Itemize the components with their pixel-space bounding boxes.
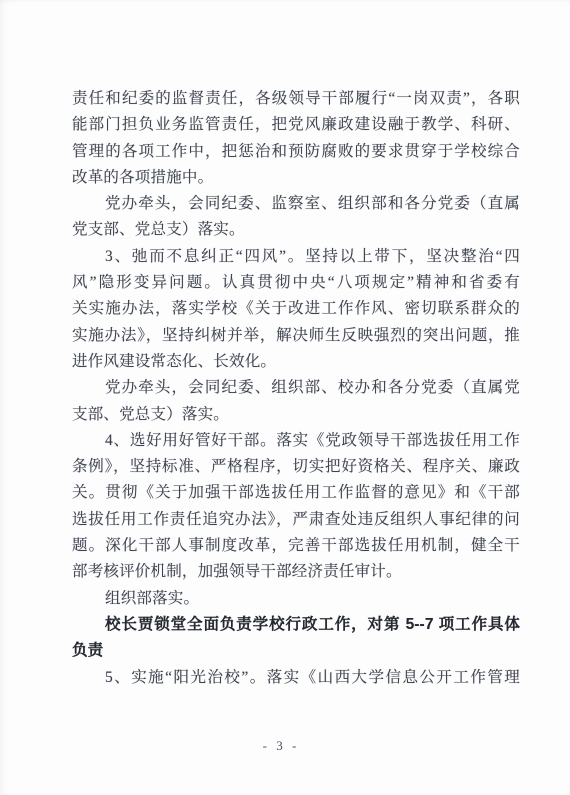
text-line: 党支部、党总支）落实。 — [72, 217, 520, 243]
text-line-bold: 负责 — [72, 638, 520, 664]
text-line: 党办牵头，会同纪委、监察室、组织部和各分党委（直属 — [72, 191, 520, 217]
text-line: 题。深化干部人事制度改革，完善干部选拔任用机制，健全干 — [72, 533, 520, 559]
text-line: 支部、党总支）落实。 — [72, 402, 520, 428]
text-line: 3、弛而不息纠正“四风”。坚持以上带下，坚决整治“四 — [72, 244, 520, 270]
text-line: 5、实施“阳光治校”。落实《山西大学信息公开工作管理 — [72, 665, 520, 691]
text-line: 改革的各项措施中。 — [72, 165, 520, 191]
text-line: 关。贯彻《关于加强干部选拔任用工作监督的意见》和《干部 — [72, 480, 520, 506]
text-line: 管理的各项工作中，把惩治和预防腐败的要求贯穿于学校综合 — [72, 139, 520, 165]
text-line: 条例》，坚持标准、严格程序，切实把好资格关、程序关、廉政 — [72, 454, 520, 480]
text-line-bold: 校长贾锁堂全面负责学校行政工作，对第 5--7 项工作具体 — [72, 612, 520, 638]
text-line: 选拔任用工作责任追究办法》，严肃查处违反组织人事纪律的问 — [72, 507, 520, 533]
text-line: 能部门担负业务监管责任，把党风廉政建设融于教学、科研、 — [72, 112, 520, 138]
document-text-block: 责任和纪委的监督责任，各级领导干部履行“一岗双责”，各职 能部门担负业务监管责任… — [72, 86, 520, 691]
text-line: 责任和纪委的监督责任，各级领导干部履行“一岗双责”，各职 — [72, 86, 520, 112]
text-line: 4、选好用好管好干部。落实《党政领导干部选拔任用工作 — [72, 428, 520, 454]
document-page: 责任和纪委的监督责任，各级领导干部履行“一岗双责”，各职 能部门担负业务监管责任… — [0, 0, 570, 795]
text-line: 实施办法》，坚持纠树并举，解决师生反映强烈的突出问题，推 — [72, 323, 520, 349]
text-line: 风”隐形变异问题。认真贯彻中央“八项规定”精神和省委有 — [72, 270, 520, 296]
text-line: 部考核评价机制，加强领导干部经济责任审计。 — [72, 559, 520, 585]
text-line: 关实施办法，落实学校《关于改进工作作风、密切联系群众的 — [72, 296, 520, 322]
text-line: 组织部落实。 — [72, 586, 520, 612]
text-line: 进作风建设常态化、长效化。 — [72, 349, 520, 375]
page-number: - 3 - — [0, 738, 562, 754]
text-line: 党办牵头，会同纪委、组织部、校办和各分党委（直属党 — [72, 375, 520, 401]
